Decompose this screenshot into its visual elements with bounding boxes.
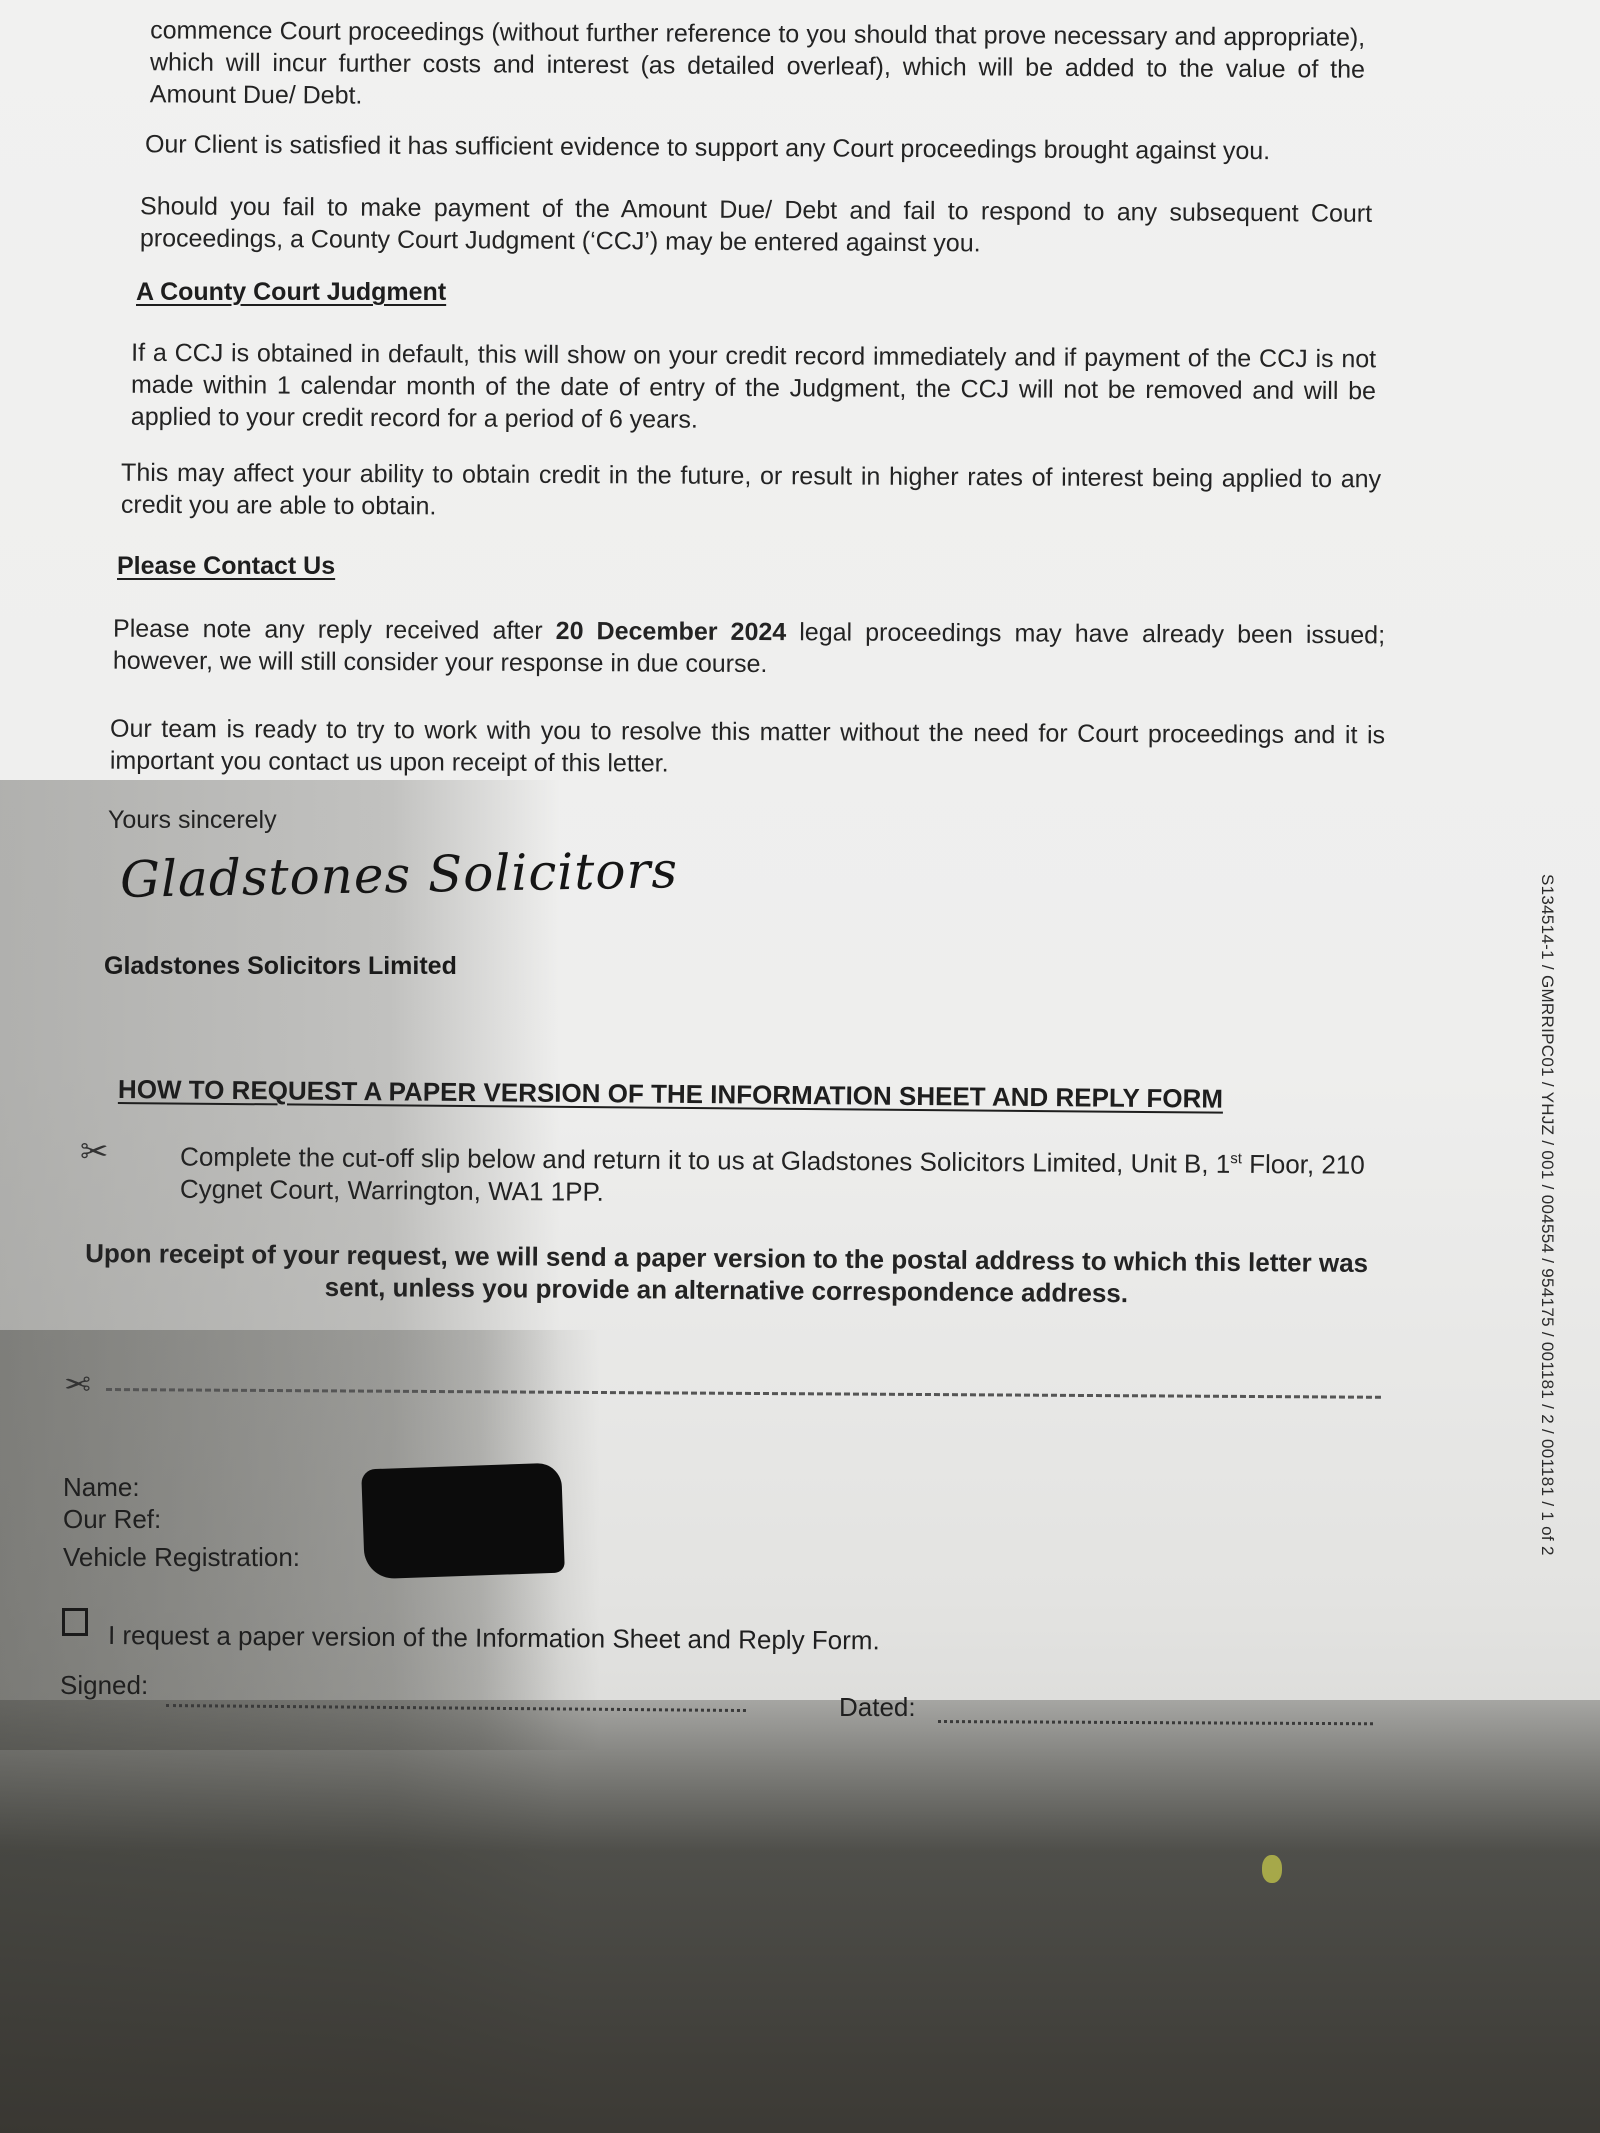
cut-scissors-icon: ✂ <box>64 1364 91 1402</box>
signed-label: Signed: <box>60 1670 148 1701</box>
our-ref-label: Our Ref: <box>63 1504 161 1535</box>
scissors-icon: ✂ <box>80 1132 109 1172</box>
vehicle-registration-label: Vehicle Registration: <box>63 1542 300 1573</box>
deadline-date: 20 December 2024 <box>556 617 787 646</box>
paragraph-team-ready: Our team is ready to try to work with yo… <box>110 713 1385 784</box>
redacted-personal-details <box>361 1463 565 1580</box>
heading-county-court-judgment: A County Court Judgment <box>136 278 446 307</box>
paper-version-checkbox[interactable] <box>62 1608 88 1636</box>
paragraph-commence-proceedings: commence Court proceedings (without furt… <box>150 14 1366 117</box>
letter-content: commence Court proceedings (without furt… <box>0 0 1600 2133</box>
instruction-text-before: Complete the cut-off slip below and retu… <box>180 1141 1230 1178</box>
handwritten-signature: Gladstones Solicitors <box>120 841 679 909</box>
dated-field[interactable] <box>938 1720 1373 1725</box>
paragraph-cut-off-instructions: Complete the cut-off slip below and retu… <box>180 1136 1380 1213</box>
closing-salutation: Yours sincerely <box>108 804 277 836</box>
paragraph-sufficient-evidence: Our Client is satisfied it has sufficien… <box>145 128 1365 167</box>
heading-paper-version-request: HOW TO REQUEST A PAPER VERSION OF THE IN… <box>118 1074 1223 1115</box>
instruction-superscript: st <box>1230 1150 1242 1167</box>
paragraph-ccj-default: If a CCJ is obtained in default, this wi… <box>131 337 1376 440</box>
paragraph-credit-impact: This may affect your ability to obtain c… <box>121 457 1381 528</box>
cut-off-dashed-line <box>106 1388 1381 1399</box>
heading-please-contact-us: Please Contact Us <box>117 552 335 581</box>
name-label: Name: <box>63 1472 140 1503</box>
dated-label: Dated: <box>839 1692 916 1723</box>
paragraph-reply-deadline: Please note any reply received after 20 … <box>113 613 1385 684</box>
paragraph-failure-to-pay: Should you fail to make payment of the A… <box>140 190 1372 262</box>
paper-version-checkbox-label: I request a paper version of the Informa… <box>108 1620 880 1656</box>
paragraph-paper-version-notice: Upon receipt of your request, we will se… <box>84 1237 1369 1311</box>
deadline-text-before: Please note any reply received after <box>113 615 556 645</box>
signed-field[interactable] <box>166 1704 746 1712</box>
signatory-name: Gladstones Solicitors Limited <box>104 950 457 982</box>
document-reference-code: S134514-1 / GMRRIPC01 / YHJZ / 001 / 004… <box>1537 874 1557 1556</box>
